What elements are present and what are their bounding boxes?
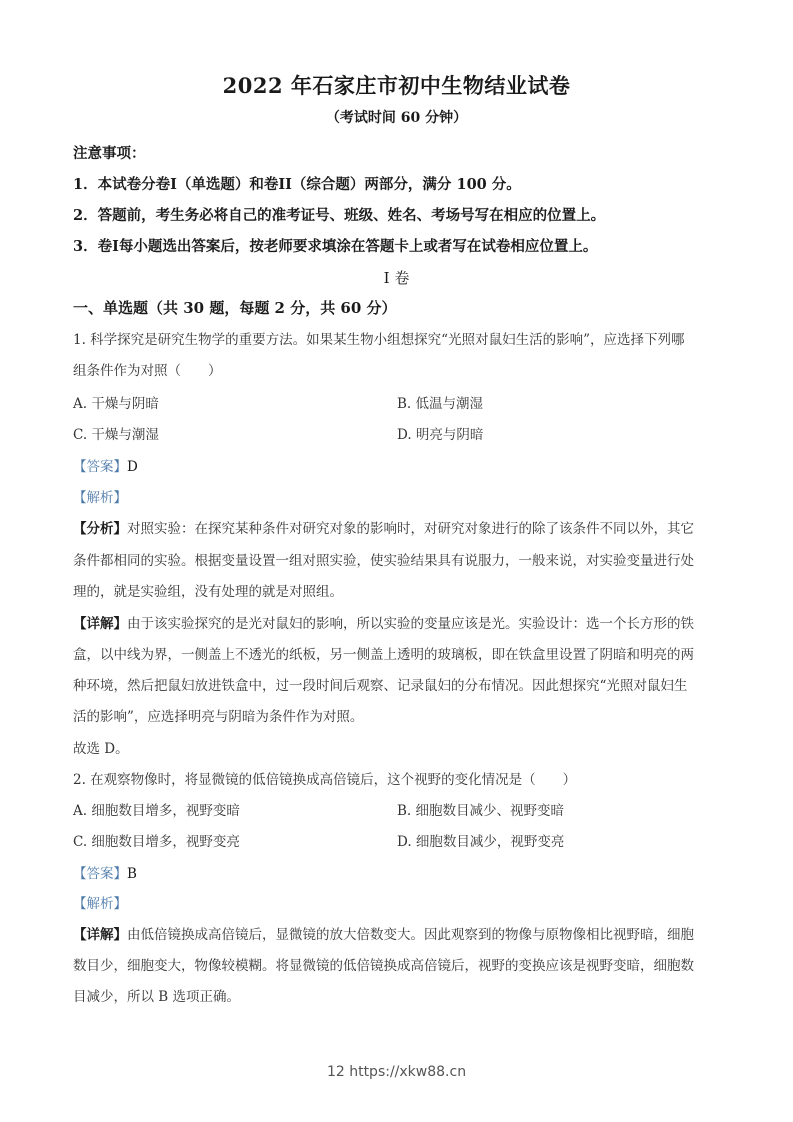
q1-option-b: B. 低温与潮湿 <box>397 392 483 412</box>
analysis-label: 【解析】 <box>73 896 127 912</box>
notice-item-3: 3．卷I每小题选出答案后，按老师要求填涂在答题卡上或者写在试卷相应位置上。 <box>73 235 597 256</box>
q1-analysis-label: 【解析】 <box>73 486 127 506</box>
q2-xiangjie-line-2: 数目少，细胞变大，物像较模糊。将显微镜的低倍镜换成高倍镜后，视野的变换应该是视野… <box>73 954 694 974</box>
q2-option-d: D. 细胞数目减少，视野变亮 <box>397 830 564 850</box>
notice-item-1: 1．本试卷分卷I（单选题）和卷II（综合题）两部分，满分 100 分。 <box>73 173 521 194</box>
q1-xiangjie-line-3: 种环境，然后把鼠妇放进铁盒中，过一段时间后观察、记录鼠妇的分布情况。因此想探究“… <box>73 674 687 694</box>
analysis-label: 【解析】 <box>73 490 127 506</box>
notice-heading: 注意事项： <box>73 142 146 163</box>
page-footer: 12 https://xkw88.cn <box>0 1064 793 1080</box>
q2-xiangjie-line-1: 【详解】由低倍镜换成高倍镜后，显微镜的放大倍数变大。因此观察到的物像与原物像相比… <box>73 923 694 943</box>
q2-stem-line-1: 2. 在观察物像时，将显微镜的低倍镜换成高倍镜后，这个视野的变化情况是（ ） <box>73 768 576 788</box>
q1-xiangjie-line-1: 【详解】由于该实验探究的是光对鼠妇的影响，所以实验的变量应该是光。实验设计：选一… <box>73 612 694 632</box>
page-title: 2022 年石家庄市初中生物结业试卷 <box>0 70 793 100</box>
xiangjie-label: 【详解】 <box>73 616 127 632</box>
q1-option-a: A. 干燥与阴暗 <box>73 392 159 412</box>
q1-xiangjie-line-4: 活的影响”，应选择明亮与阴暗为条件作为对照。 <box>73 705 363 725</box>
q2-option-a: A. 细胞数目增多，视野变暗 <box>73 799 240 819</box>
q1-stem-line-2: 组条件作为对照（ ） <box>73 359 222 379</box>
q1-fenxi-line-2: 条件都相同的实验。根据变量设置一组对照实验，使实验结果具有说服力，一般来说，对实… <box>73 549 694 569</box>
exam-duration: （考试时间 60 分钟） <box>0 107 793 127</box>
q2-analysis-label: 【解析】 <box>73 892 127 912</box>
q2-answer-value: B <box>127 866 137 882</box>
q2-option-c: C. 细胞数目增多，视野变亮 <box>73 830 240 850</box>
exam-page: 2022 年石家庄市初中生物结业试卷 （考试时间 60 分钟） 注意事项： 1．… <box>0 0 793 1122</box>
q1-answer-value: D <box>127 459 138 475</box>
q2-xiangjie-line-3: 目减少，所以 B 选项正确。 <box>73 985 240 1005</box>
section-title: 一、单选题（共 30 题，每题 2 分，共 60 分） <box>73 297 397 318</box>
q2-option-b: B. 细胞数目减少、视野变暗 <box>397 799 564 819</box>
q1-option-d: D. 明亮与阴暗 <box>397 423 483 443</box>
q1-option-c: C. 干燥与潮湿 <box>73 423 159 443</box>
q1-answer: 【答案】D <box>73 455 138 475</box>
q2-answer: 【答案】B <box>73 862 137 882</box>
q1-stem-line-1: 1. 科学探究是研究生物学的重要方法。如果某生物小组想探究“光照对鼠妇生活的影响… <box>73 328 684 348</box>
q1-fenxi-line-1: 【分析】对照实验：在探究某种条件对研究对象的影响时，对研究对象进行的除了该条件不… <box>73 517 694 537</box>
answer-label: 【答案】 <box>73 459 127 475</box>
q1-xiangjie-line-2: 盒，以中线为界，一侧盖上不透光的纸板，另一侧盖上透明的玻璃板，即在铁盒里设置了阴… <box>73 643 694 663</box>
fenxi-label: 【分析】 <box>73 521 127 537</box>
xiangjie-label: 【详解】 <box>73 927 127 943</box>
q1-fenxi-line-3: 理的，就是实验组，没有处理的就是对照组。 <box>73 580 343 600</box>
part-title: I 卷 <box>0 267 793 288</box>
q1-conclusion: 故选 D。 <box>73 737 129 757</box>
answer-label: 【答案】 <box>73 866 127 882</box>
notice-item-2: 2．答题前，考生务必将自己的准考证号、班级、姓名、考场号写在相应的位置上。 <box>73 204 605 225</box>
